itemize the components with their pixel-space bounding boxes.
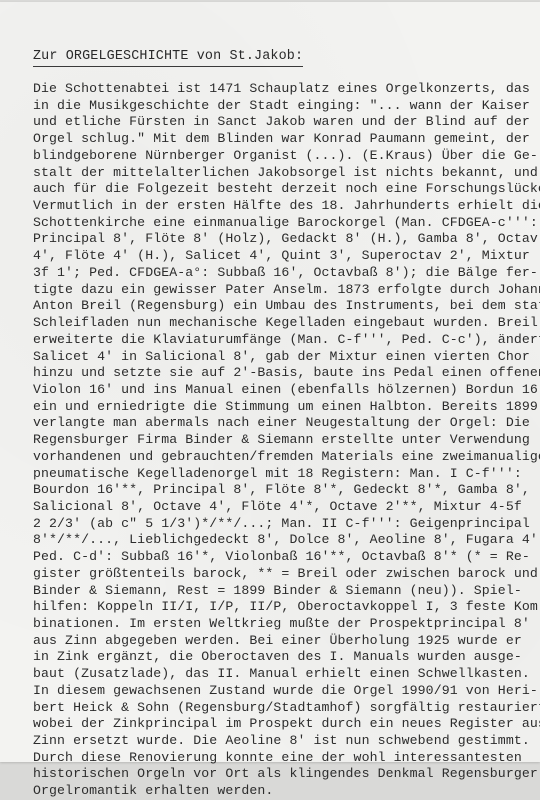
body-line: blindgeborene Nürnberger Organist (...).… [33, 148, 540, 165]
body-line: Die Schottenabtei ist 1471 Schauplatz ei… [33, 81, 540, 98]
body-line: Bourdon 16'**, Principal 8', Flöte 8'*, … [33, 482, 540, 499]
body-line: und etliche Fürsten in Sanct Jakob waren… [33, 114, 540, 131]
body-line: bert Heick & Sohn (Regensburg/Stadtamhof… [33, 700, 540, 717]
body-line: vorhandenen und gebrauchten/fremden Mate… [33, 449, 540, 466]
body-line: hinzu und setzte sie auf 2'-Basis, baute… [33, 365, 540, 382]
body-line: in Zink ergänzt, die Oberoctaven des I. … [33, 649, 540, 666]
body-line: tigte dazu ein gewisser Pater Anselm. 18… [33, 282, 540, 299]
body-line: Vermutlich in der ersten Hälfte des 18. … [33, 198, 540, 215]
body-line: 8'*/**/..., Lieblichgedeckt 8', Dolce 8'… [33, 532, 540, 549]
scanned-page: Zur ORGELGESCHICHTE von St.Jakob: Die Sc… [0, 2, 540, 762]
body-line: wobei der Zinkprincipal im Prospekt durc… [33, 716, 540, 733]
body-line: Binder & Siemann, Rest = 1899 Binder & S… [33, 583, 540, 600]
body-line: ein und erniedrigte die Stimmung um eine… [33, 399, 540, 416]
body-line: Anton Breil (Regensburg) ein Umbau des I… [33, 298, 540, 315]
body-line: verlangte man abermals nach einer Neuges… [33, 415, 540, 432]
body-line: erweiterte die Klaviaturumfänge (Man. C-… [33, 332, 540, 349]
body-line: Orgel schlug." Mit dem Blinden war Konra… [33, 131, 540, 148]
body-line: baut (Zusatzlade), das II. Manual erhiel… [33, 666, 540, 683]
body-line: pneumatische Kegelladenorgel mit 18 Regi… [33, 466, 540, 483]
body-line: hilfen: Koppeln II/I, I/P, II/P, Oberoct… [33, 599, 540, 616]
body-line: Durch diese Renovierung konnte eine der … [33, 750, 540, 767]
body-line: 2 2/3' (ab c" 5 1/3')*/**/...; Man. II C… [33, 516, 540, 533]
body-line: Regensburger Firma Binder & Siemann erst… [33, 432, 540, 449]
body-line: gister größtenteils barock, ** = Breil o… [33, 566, 540, 583]
body-line: Ped. C-d': Subbaß 16'*, Violonbaß 16'**,… [33, 549, 540, 566]
body-line: aus Zinn abgegeben werden. Bei einer Übe… [33, 633, 540, 650]
body-line: 3f 1'; Ped. CFDGEA-a°: Subbaß 16', Octav… [33, 265, 540, 282]
body-line: 4', Flöte 4' (H.), Salicet 4', Quint 3',… [33, 248, 540, 265]
body-line: binationen. Im ersten Weltkrieg mußte de… [33, 616, 540, 633]
body-line: in die Musikgeschichte der Stadt einging… [33, 98, 540, 115]
document-title: Zur ORGELGESCHICHTE von St.Jakob: [33, 49, 303, 67]
body-line: In diesem gewachsenen Zustand wurde die … [33, 683, 540, 700]
body-line: auch für die Folgezeit besteht derzeit n… [33, 181, 540, 198]
body-line: Principal 8', Flöte 8' (Holz), Gedackt 8… [33, 231, 540, 248]
body-line: Salicet 4' in Salicional 8', gab der Mix… [33, 349, 540, 366]
body-line: Zinn ersetzt wurde. Die Aeoline 8' ist n… [33, 733, 540, 750]
body-line: stalt der mittelalterlichen Jakobsorgel … [33, 165, 540, 182]
document-body: Die Schottenabtei ist 1471 Schauplatz ei… [33, 81, 540, 768]
body-line: Salicional 8', Octave 4', Flöte 4'*, Oct… [33, 499, 540, 516]
body-line: Schleifladen nun mechanische Kegelladen … [33, 315, 540, 332]
body-line: Violon 16' und ins Manual einen (ebenfal… [33, 382, 540, 399]
body-line: Schottenkirche eine einmanualige Barocko… [33, 215, 540, 232]
